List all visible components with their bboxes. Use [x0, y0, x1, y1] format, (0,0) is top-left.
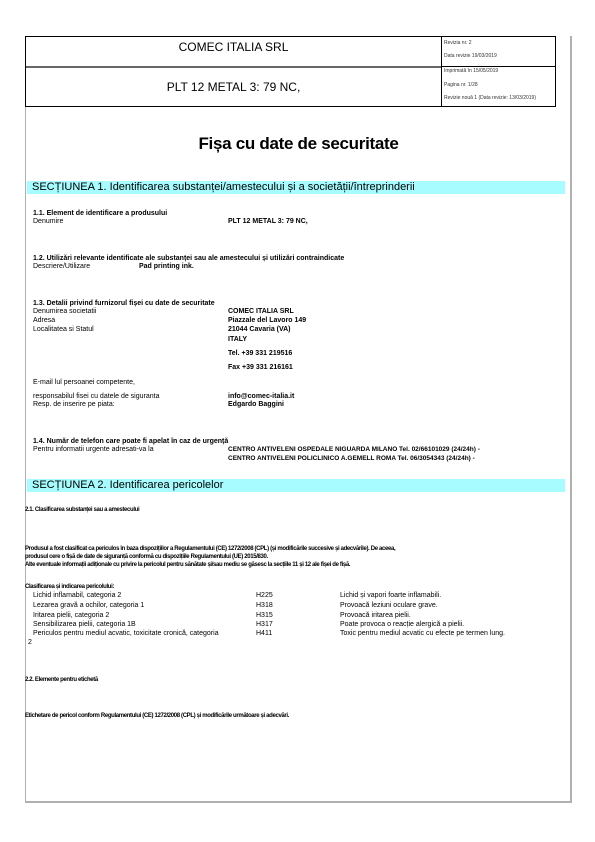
- document-header: COMEC ITALIA SRL PLT 12 METAL 3: 79 NC, …: [25, 36, 556, 107]
- fax-value: Fax +39 331 216161: [228, 364, 293, 372]
- email-label-1: E-mail lul persoanei competente,: [33, 379, 135, 387]
- section-2-heading: SECȚIUNEA 2. Identificarea pericolelor: [27, 479, 565, 492]
- company-label: Denumirea societatii: [33, 308, 96, 316]
- hazard-table-title: Clasificarea și indicarea pericolului:: [25, 583, 114, 591]
- header-product: PLT 12 METAL 3: 79 NC,: [26, 68, 441, 106]
- hazard-statement: Poate provoca o reacție alergică a pieli…: [340, 621, 464, 629]
- s21-para-2: produsul cere o fișă de date de siguranț…: [25, 553, 268, 561]
- company-value: COMEC ITALIA SRL: [228, 308, 294, 316]
- hazard-statement: Provoacă leziuni oculare grave.: [340, 602, 438, 610]
- s22-para: Etichetare de pericol conform Regulament…: [25, 712, 289, 720]
- locality-value: 21044 Cavaria (VA): [228, 326, 291, 334]
- new-revision: Revizie nouă 1 (Data revizie: 13/03/2019…: [444, 95, 536, 101]
- emergency-line-1: CENTRO ANTIVELENI OSPEDALE NIGUARDA MILA…: [228, 446, 480, 454]
- hazard-class: Sensibilizarea pielii, categoria 1B: [33, 621, 136, 629]
- hazard-code: H411: [256, 630, 272, 638]
- address-value: Piazzale del Lavoro 149: [228, 317, 306, 325]
- s11-value: PLT 12 METAL 3: 79 NC,: [228, 218, 308, 226]
- s11-title: 1.1. Element de identificare a produsulu…: [33, 210, 167, 218]
- page-number: Pagina nr. 1/28: [444, 82, 478, 88]
- document-title: Fișa cu date de securitate: [25, 134, 572, 154]
- hazard-statement: Toxic pentru mediul acvatic cu efecte pe…: [340, 630, 505, 638]
- header-left: COMEC ITALIA SRL PLT 12 METAL 3: 79 NC,: [26, 37, 442, 106]
- email-value[interactable]: info@comec-italia.it: [228, 393, 294, 401]
- header-divider: [441, 66, 556, 67]
- hazard-class: Iritarea pielii, categoria 2: [33, 612, 109, 620]
- resp-value: Edgardo Baggini: [228, 401, 284, 409]
- header-meta: Revizia nr. 2 Data revizie 19/03/2019 Im…: [444, 37, 556, 106]
- revision-number: Revizia nr. 2: [444, 40, 472, 46]
- resp-label: Resp. de inserire pe piata:: [33, 401, 115, 409]
- hazard-class-wrap: 2: [28, 639, 32, 647]
- hazard-code: H318: [256, 602, 273, 610]
- s14-title: 1.4. Număr de telefon care poate fi apel…: [33, 438, 228, 446]
- locality-label: Localitatea si Statul: [33, 326, 94, 334]
- s11-label: Denumire: [33, 218, 63, 226]
- hazard-code: H225: [256, 592, 273, 600]
- s21-para-1: Produsul a fost clasificat ca periculos …: [25, 545, 395, 553]
- section-1-heading: SECȚIUNEA 1. Identificarea substanței/am…: [27, 181, 565, 194]
- s21-title: 2.1. Clasificarea substanței sau a amest…: [25, 506, 139, 514]
- printed-date: Imprimată în 15/05/2019: [444, 68, 498, 74]
- country-value: ITALY: [228, 336, 247, 344]
- address-label: Adresa: [33, 317, 55, 325]
- hazard-class: Periculos pentru mediul acvatic, toxicit…: [33, 630, 219, 638]
- s13-title: 1.3. Detalii privind furnizorul fișei cu…: [33, 300, 215, 308]
- hazard-class: Lezarea gravă a ochilor, categoria 1: [33, 602, 144, 610]
- s12-label: Descriere/Utilizare: [33, 263, 90, 271]
- header-company: COMEC ITALIA SRL: [26, 37, 441, 68]
- email-label-2: responsabilul fisei cu datele de siguran…: [33, 393, 159, 401]
- s12-value: Pad printing ink.: [139, 263, 194, 271]
- hazard-statement: Provoacă iritarea pielii.: [340, 612, 411, 620]
- emergency-line-2: CENTRO ANTIVELENI POLICLINICO A.GEMELL R…: [228, 455, 475, 463]
- s14-label: Pentru informatii urgente adresati-va la: [33, 446, 154, 454]
- s12-title: 1.2. Utilizări relevante identificate al…: [33, 255, 344, 263]
- hazard-statement: Lichid și vapori foarte inflamabili.: [340, 592, 441, 600]
- s21-para-3: Alte eventuale informații adiționale cu …: [25, 561, 350, 569]
- hazard-code: H315: [256, 612, 273, 620]
- s22-title: 2.2. Elemente pentru etichetă: [25, 676, 98, 684]
- tel-value: Tel. +39 331 219516: [228, 350, 292, 358]
- hazard-class: Lichid inflamabil, categoria 2: [33, 592, 121, 600]
- revision-date: Data revizie 19/03/2019: [444, 53, 497, 59]
- hazard-code: H317: [256, 621, 273, 629]
